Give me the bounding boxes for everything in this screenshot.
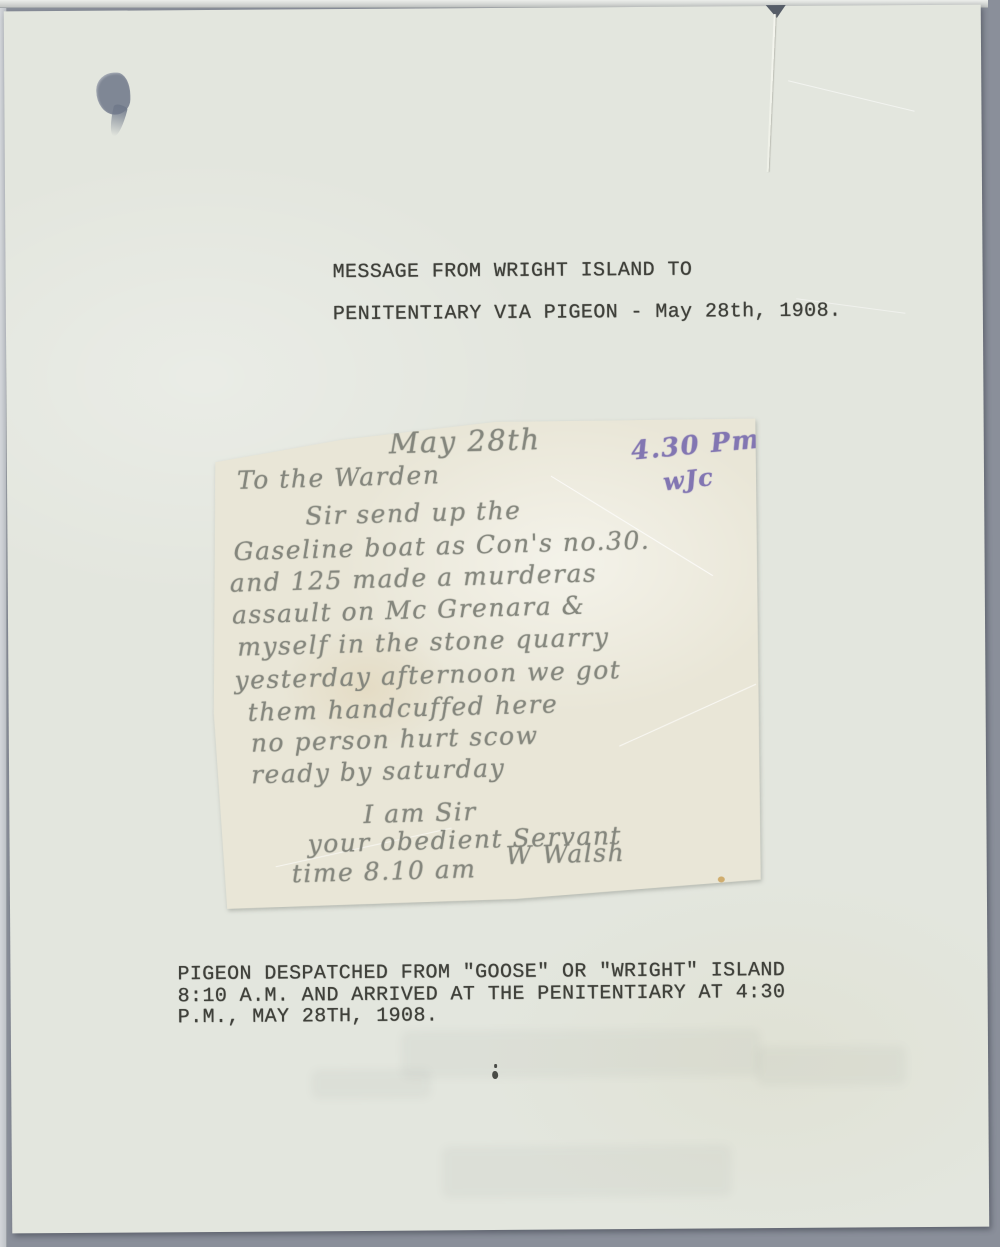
pasted-handwritten-note: May 28th 4.30 Pm wJc To the Warden Sir s…	[211, 414, 762, 910]
note-signature: W Walsh	[505, 838, 625, 870]
paper-tear-line	[767, 14, 776, 172]
note-time-sent: time 8.10 am	[291, 854, 476, 888]
note-body-line: Sir send up the	[305, 496, 522, 531]
note-salutation: To the Warden	[237, 460, 441, 495]
album-page: MESSAGE FROM WRIGHT ISLAND TO PENITENTIA…	[4, 5, 990, 1234]
note-closing-line-1: I am Sir	[363, 797, 477, 829]
ink-bleedthrough	[401, 1028, 761, 1079]
typed-header-line-2: PENITENTIARY VIA PIGEON - May 28th, 1908…	[333, 300, 842, 327]
ink-bleedthrough	[311, 1068, 431, 1099]
typed-header-line-1: MESSAGE FROM WRIGHT ISLAND TO	[332, 259, 692, 285]
received-stamp-time: 4.30 Pm	[630, 425, 762, 467]
received-stamp-initials: wJc	[662, 462, 716, 497]
note-body-line: no person hurt scow	[250, 721, 538, 758]
note-paper: May 28th 4.30 Pm wJc To the Warden Sir s…	[211, 414, 762, 910]
paper-crease	[788, 80, 915, 112]
note-stain-speck	[718, 876, 725, 882]
note-body-line: yesterday afternoon we got	[234, 655, 622, 695]
paper-tear-notch	[766, 5, 786, 18]
archival-scan: { "document": { "header": { "line1": "ME…	[0, 0, 1000, 1247]
ink-bleedthrough	[756, 1045, 906, 1086]
note-crease	[619, 684, 756, 747]
typed-footer-caption: PIGEON DESPATCHED FROM "GOOSE" OR "WRIGH…	[177, 960, 785, 1029]
typed-footer-line-3: P.M., MAY 28TH, 1908.	[178, 1003, 786, 1029]
note-date: May 28th	[388, 422, 541, 460]
ink-bleedthrough	[442, 1144, 732, 1198]
note-body-line: ready by saturday	[251, 753, 506, 789]
typed-footer-line-2: 8:10 A.M. AND ARRIVED AT THE PENITENTIAR…	[178, 981, 786, 1007]
note-body-line: myself in the stone quarry	[237, 622, 610, 661]
